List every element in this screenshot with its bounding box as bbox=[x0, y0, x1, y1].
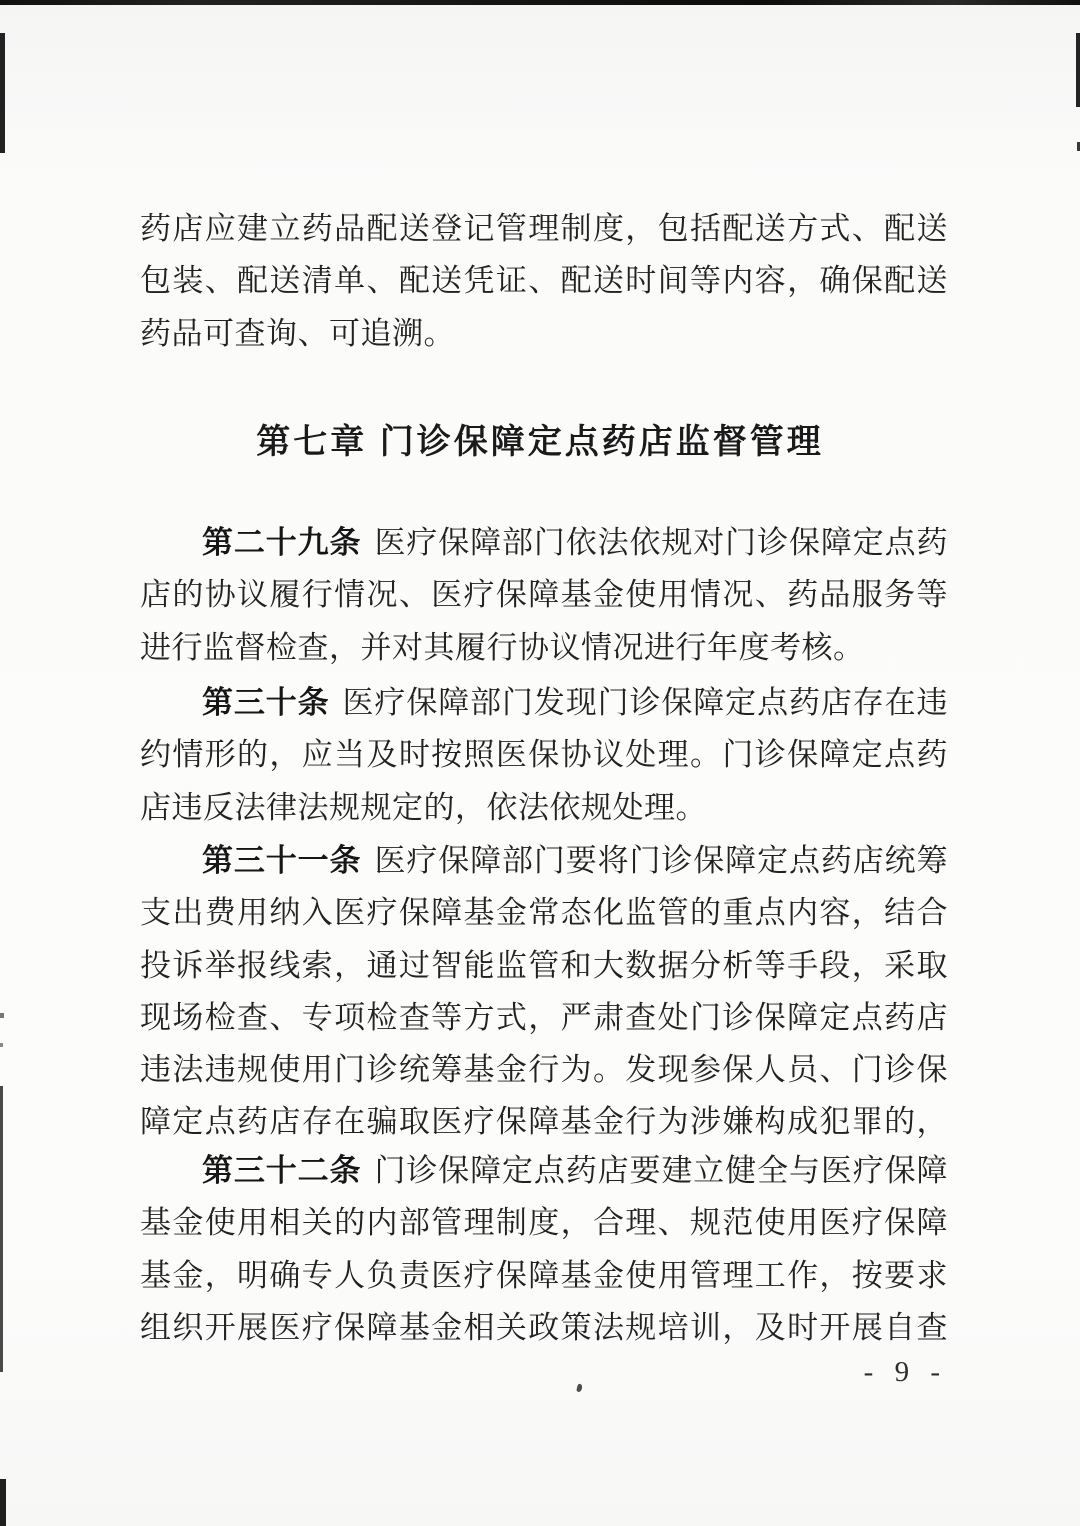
scan-artifact-right-top-bar bbox=[1076, 33, 1080, 107]
chapter-heading: 第七章 门诊保障定点药店监督管理 bbox=[0, 414, 1080, 463]
scan-artifact-left-thin-line bbox=[0, 1086, 3, 1372]
article-paragraph-30: 第三十条医疗保障部门发现门诊保障定点药店存在违约情形的，应当及时按照医保协议处理… bbox=[140, 677, 948, 835]
article-paragraph-31: 第三十一条医疗保障部门要将门诊保障定点药店统筹支出费用纳入医疗保障基金常态化监管… bbox=[140, 835, 948, 1149]
article-paragraph-32: 第三十二条门诊保障定点药店要建立健全与医疗保障基金使用相关的内部管理制度，合理、… bbox=[140, 1145, 948, 1355]
page-number: - 9 - bbox=[864, 1356, 947, 1389]
scan-speck bbox=[0, 1043, 3, 1047]
article-number: 第三十二条 bbox=[202, 1153, 361, 1188]
scan-artifact-top-edge bbox=[0, 0, 1080, 5]
article-number: 第三十条 bbox=[202, 685, 330, 720]
scan-speck bbox=[576, 1384, 583, 1393]
scan-speck bbox=[0, 1013, 4, 1018]
scan-artifact-left-bottom-bar bbox=[0, 1479, 6, 1526]
continued-paragraph: 药店应建立药品配送登记管理制度，包括配送方式、配送包装、配送清单、配送凭证、配送… bbox=[140, 203, 948, 361]
article-text: 医疗保障部门要将门诊保障定点药店统筹支出费用纳入医疗保障基金常态化监管的重点内容… bbox=[140, 843, 948, 1149]
article-number: 第三十一条 bbox=[202, 843, 361, 878]
scan-artifact-left-top-bar bbox=[0, 33, 5, 153]
article-paragraph-29: 第二十九条医疗保障部门依法依规对门诊保障定点药店的协议履行情况、医疗保障基金使用… bbox=[140, 517, 948, 675]
article-number: 第二十九条 bbox=[202, 525, 361, 560]
